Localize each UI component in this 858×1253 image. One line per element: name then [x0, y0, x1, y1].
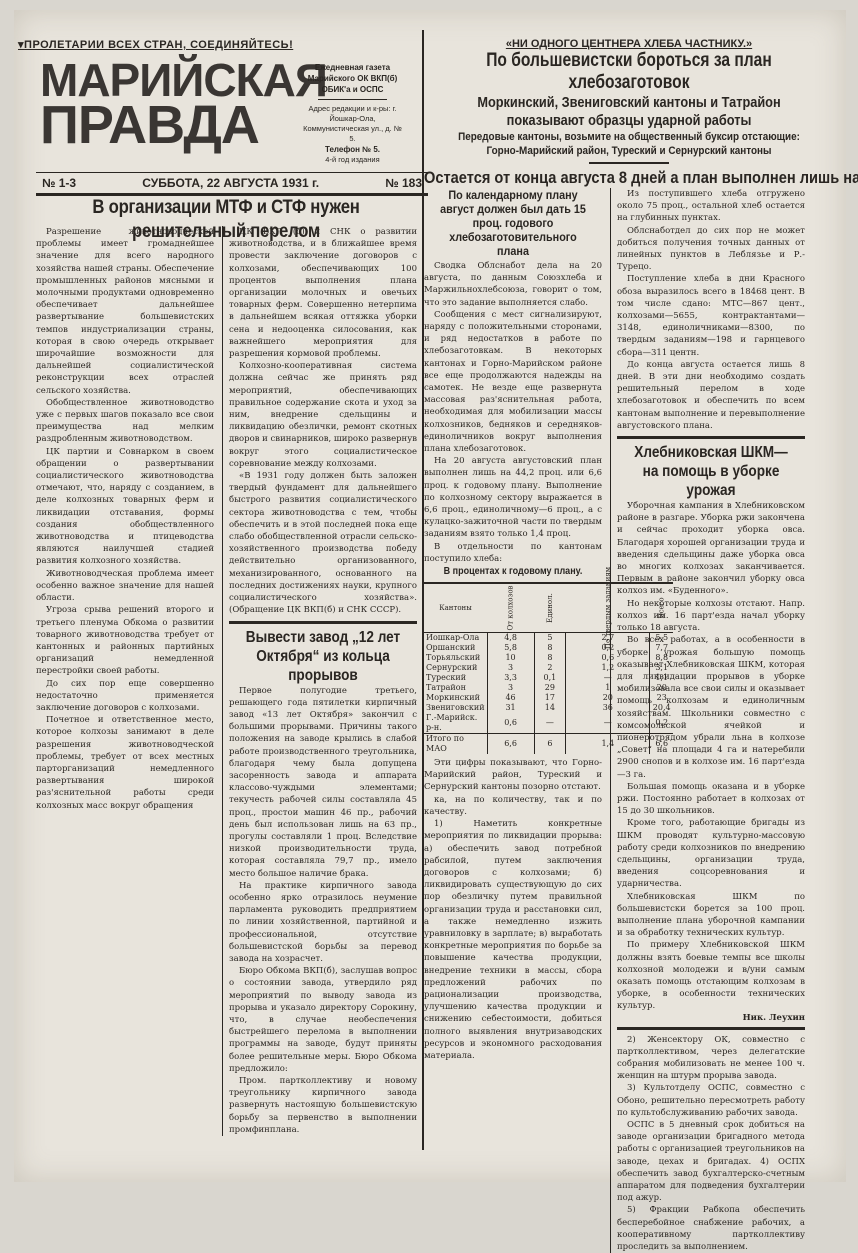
paragraph: Сводка Облснабот дела на 20 августа, по … — [424, 260, 602, 309]
slogan: «НИ ОДНОГО ЦЕНТНЕРА ХЛЕБА ЧАСТНИКУ.» — [424, 38, 834, 50]
issue-date: СУББОТА, 22 АВГУСТА 1931 г. — [142, 175, 319, 191]
table-cell: 8 — [534, 653, 566, 663]
paragraph: 2) Женсектору ОК, совместно с партколлек… — [617, 1034, 805, 1083]
paragraph: Почетное и ответственное место, которое … — [36, 714, 214, 812]
divider — [617, 436, 805, 439]
table-cell: Итого по МАО — [424, 734, 487, 755]
paragraph: ОСПС в 5 дневный срок добиться на заводе… — [617, 1119, 805, 1202]
after-table-text: Эти цифры показывают, что Горно-Марийски… — [424, 757, 602, 794]
dateline: № 1-3 СУББОТА, 22 АВГУСТА 1931 г. № 183 — [36, 172, 428, 196]
masthead-rule — [318, 99, 387, 100]
table-cell: 29 — [534, 683, 566, 693]
masthead-info: Ежедневная газета Марийского ОК ВКП(б) О… — [300, 62, 405, 165]
grain-article-col2: Из поступившего хлеба отгружено около 75… — [610, 188, 805, 1202]
grain-kicker: Передовые кантоны, возьмите на обществен… — [445, 130, 814, 158]
table-cell: 3,3 — [487, 673, 534, 683]
table-cell: 6 — [534, 734, 566, 755]
grain-main-headline: По большевистски бороться за план хлебоз… — [461, 50, 797, 94]
left-article-col2: ЦК ВКП (б) и СНК о развитии животноводст… — [222, 226, 417, 1136]
paragraph: Животноводческая проблема имеет особенно… — [36, 568, 214, 605]
table-cell: 0,6 — [487, 713, 534, 734]
masthead-title: МАРИЙСКАЯ ПРАВДА — [40, 60, 290, 150]
paragraph: Но некоторые колхозы отстают. Напр. колх… — [617, 598, 805, 635]
table-cell: — — [534, 713, 566, 734]
table-cell: Сернурский — [424, 663, 487, 673]
left-article-col1: Разрешение животноводческой проблемы име… — [36, 226, 214, 812]
table-cell: Торьяльский — [424, 653, 487, 663]
table-cell: 46 — [487, 693, 534, 703]
table-caption: В процентах к годовому плану. — [433, 565, 593, 579]
table-cell: 10 — [487, 653, 534, 663]
grain-subheadline: Моркинский, Звениговский кантоны и Татра… — [455, 94, 804, 130]
zavod-article-headline: Вывести завод „12 лет Октября“ из кольца… — [243, 628, 403, 685]
grain-article-subheadline: По календарному плану август должен был … — [433, 188, 593, 258]
table-header: От колхозов — [487, 583, 534, 633]
masthead-title-line2: ПРАВДА — [40, 100, 290, 150]
table-cell: 3 — [487, 683, 534, 693]
paragraph: Пром. партколлективу и новому треугольни… — [229, 1075, 417, 1136]
issue-number-left: № 1-3 — [42, 175, 76, 191]
paragraph: Обобществленное животноводство уже с пер… — [36, 397, 214, 446]
divider — [617, 1027, 805, 1030]
table-cell: Татрайон — [424, 683, 487, 693]
grain-article-col1: По календарному плану август должен был … — [424, 188, 602, 1062]
table-cell: Моркинский — [424, 693, 487, 703]
paragraph: ка, на по количеству, так и по качеству. — [424, 794, 602, 818]
table-cell: 17 — [534, 693, 566, 703]
paragraph: По примеру Хлебниковской ШКМ должны взят… — [617, 939, 805, 1012]
paragraph: На практике кирпичного завода особенно я… — [229, 880, 417, 965]
table-cell: Г.-Марийск. р-н. — [424, 713, 487, 734]
paragraph: Бюро Обкома ВКП(б), заслушав вопрос о со… — [229, 965, 417, 1075]
paragraph: «В 1931 году должен быть заложен твердый… — [229, 470, 417, 616]
paragraph: Во всех работах, а в особенности в уборк… — [617, 634, 805, 780]
table-cell: 2 — [534, 663, 566, 673]
issue-number-right: № 183 — [385, 175, 422, 191]
table-header: Единол. — [534, 583, 566, 633]
paragraph: До сих пор еще совершенно недостаточно п… — [36, 678, 214, 715]
table-cell: Оршанский — [424, 643, 487, 653]
shkm-article-headline: Хлебниковская ШКМ—на помощь в уборке уро… — [631, 443, 791, 500]
table-cell: 5,8 — [487, 643, 534, 653]
paragraph: Колхозно-кооперативная система должна се… — [229, 360, 417, 470]
paragraph: Угроза срыва решений второго и третьего … — [36, 604, 214, 677]
divider — [229, 621, 417, 624]
paragraph: В отдельности по кантонам поступило хлеб… — [424, 541, 602, 565]
paragraph: Первое полугодие третьего, решающего год… — [229, 685, 417, 880]
publisher: Ежедневная газета Марийского ОК ВКП(б) О… — [300, 62, 405, 95]
paragraph: 3) Культотделу ОСПС, совместно с Обоно, … — [617, 1082, 805, 1119]
paragraph: Кроме того, работающие бригады из ШКМ пр… — [617, 817, 805, 890]
phone: Телефон № 5. — [300, 144, 405, 155]
table-cell: 5 — [534, 633, 566, 644]
paragraph: Уборочная кампания в Хлебниковском район… — [617, 500, 805, 598]
paragraph: Хлебниковская ШКМ по большевистски борет… — [617, 891, 805, 940]
masthead-title-line1: МАРИЙСКАЯ — [40, 60, 290, 100]
table-header: Кантоны — [424, 583, 487, 633]
table-cell: Звениговский — [424, 703, 487, 713]
masthead-motto: ПРОЛЕТАРИИ ВСЕХ СТРАН, СОЕДИНЯЙТЕСЬ! — [18, 38, 293, 51]
right-top-block: «НИ ОДНОГО ЦЕНТНЕРА ХЛЕБА ЧАСТНИКУ.» По … — [424, 38, 834, 168]
paragraph: Облснаботдел до сих пор не может добитьс… — [617, 225, 805, 274]
table-cell: Туреский — [424, 673, 487, 683]
paragraph: Сообщения с мест сигнализируют, наряду с… — [424, 309, 602, 455]
paragraph: ЦК ВКП (б) и СНК о развитии животноводст… — [229, 226, 417, 360]
table-cell: 14 — [534, 703, 566, 713]
paragraph: ЦК партии и Совнарком в своем обращении … — [36, 446, 214, 568]
paragraph: Разрешение животноводческой проблемы име… — [36, 226, 214, 397]
paragraph: На 20 августа августовский план выполнен… — [424, 455, 602, 540]
edition-note: 4-й год издания — [300, 155, 405, 165]
divider — [589, 162, 669, 164]
shkm-signature: Ник. Леухин — [617, 1013, 805, 1023]
address: Адрес редакции и к-ры: г. Йошкар-Ола, Ко… — [300, 104, 405, 144]
table-cell: Йошкар-Ола — [424, 633, 487, 644]
table-cell: 3 — [487, 663, 534, 673]
table-cell: 4,8 — [487, 633, 534, 644]
paragraph: Поступление хлеба в дни Красного обоза в… — [617, 273, 805, 358]
paragraph: Большая помощь оказана и в уборке ржи. П… — [617, 781, 805, 818]
paragraph: До конца августа остается лишь 8 дней. В… — [617, 359, 805, 432]
table-cell: 8 — [534, 643, 566, 653]
table-cell: 6,6 — [487, 734, 534, 755]
paragraph: 1) Наметить конкретные мероприятия по ли… — [424, 818, 602, 1062]
grain-article-headline: Остается от конца августа 8 дней а план … — [424, 168, 777, 188]
table-cell: 31 — [487, 703, 534, 713]
table-cell: 0,1 — [534, 673, 566, 683]
paragraph: Из поступившего хлеба отгружено около 75… — [617, 188, 805, 225]
